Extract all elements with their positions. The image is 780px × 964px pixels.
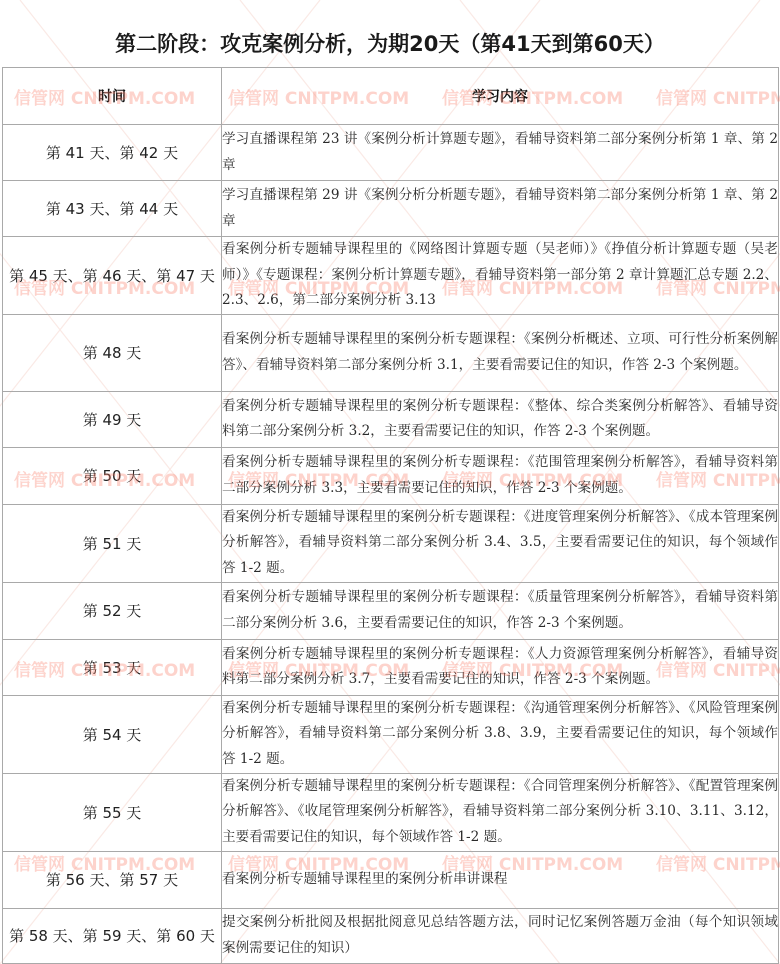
table-row: 第 50 天 看案例分析专题辅导课程里的案例分析专题课程：《范围管理案例分析解答… — [3, 447, 779, 504]
table-row: 第 48 天 看案例分析专题辅导课程里的案例分析专题课程：《案例分析概述、立项、… — [3, 314, 779, 391]
row-time: 第 56 天、第 57 天 — [3, 851, 222, 908]
row-time: 第 53 天 — [3, 639, 222, 695]
row-content: 看案例分析专题辅导课程里的案例分析专题课程：《整体、综合类案例分析解答》、看辅导… — [222, 391, 779, 447]
table-row: 第 49 天 看案例分析专题辅导课程里的案例分析专题课程：《整体、综合类案例分析… — [3, 391, 779, 447]
row-content: 看案例分析专题辅导课程里的案例分析专题课程：《合同管理案例分析解答》、《配置管理… — [222, 773, 779, 851]
table-row: 第 51 天 看案例分析专题辅导课程里的案例分析专题课程：《进度管理案例分析解答… — [3, 504, 779, 582]
row-time: 第 48 天 — [3, 314, 222, 391]
row-content: 学习直播课程第 23 讲《案例分析计算题专题》，看辅导资料第二部分案例分析第 1… — [222, 125, 779, 181]
table-row: 第 54 天 看案例分析专题辅导课程里的案例分析专题课程：《沟通管理案例分析解答… — [3, 695, 779, 773]
row-content: 看案例分析专题辅导课程里的案例分析专题课程：《案例分析概述、立项、可行性分析案例… — [222, 314, 779, 391]
row-content: 看案例分析专题辅导课程里的《网络图计算题专题（吴老师）》《挣值分析计算题专题（吴… — [222, 237, 779, 315]
table-row: 第 43 天、第 44 天 学习直播课程第 29 讲《案例分析分析题专题》，看辅… — [3, 181, 779, 237]
row-time: 第 45 天、第 46 天、第 47 天 — [3, 237, 222, 315]
row-time: 第 49 天 — [3, 391, 222, 447]
row-content: 看案例分析专题辅导课程里的案例分析专题课程：《质量管理案例分析解答》，看辅导资料… — [222, 582, 779, 639]
table-row: 第 58 天、第 59 天、第 60 天 提交案例分析批阅及根据批阅意见总结答题… — [3, 908, 779, 963]
row-content: 看案例分析专题辅导课程里的案例分析专题课程：《进度管理案例分析解答》、《成本管理… — [222, 504, 779, 582]
row-time: 第 58 天、第 59 天、第 60 天 — [3, 908, 222, 963]
table-row: 第 45 天、第 46 天、第 47 天 看案例分析专题辅导课程里的《网络图计算… — [3, 237, 779, 315]
row-content: 看案例分析专题辅导课程里的案例分析专题课程：《人力资源管理案例分析解答》，看辅导… — [222, 639, 779, 695]
row-content: 看案例分析专题辅导课程里的案例分析专题课程：《范围管理案例分析解答》，看辅导资料… — [222, 447, 779, 504]
row-content: 看案例分析专题辅导课程里的案例分析串讲课程 — [222, 851, 779, 908]
row-content: 看案例分析专题辅导课程里的案例分析专题课程：《沟通管理案例分析解答》、《风险管理… — [222, 695, 779, 773]
row-time: 第 41 天、第 42 天 — [3, 125, 222, 181]
page-title: 第二阶段：攻克案例分析，为期20天（第41天到第60天） — [0, 28, 780, 60]
study-plan-table: 时间 学习内容 第 41 天、第 42 天 学习直播课程第 23 讲《案例分析计… — [2, 67, 779, 964]
header-content: 学习内容 — [222, 68, 779, 125]
row-time: 第 52 天 — [3, 582, 222, 639]
row-content: 提交案例分析批阅及根据批阅意见总结答题方法，同时记忆案例答题万金油（每个知识领域… — [222, 908, 779, 963]
row-time: 第 55 天 — [3, 773, 222, 851]
row-time: 第 43 天、第 44 天 — [3, 181, 222, 237]
row-content: 学习直播课程第 29 讲《案例分析分析题专题》，看辅导资料第二部分案例分析第 1… — [222, 181, 779, 237]
row-time: 第 54 天 — [3, 695, 222, 773]
table-row: 第 53 天 看案例分析专题辅导课程里的案例分析专题课程：《人力资源管理案例分析… — [3, 639, 779, 695]
row-time: 第 51 天 — [3, 504, 222, 582]
header-time: 时间 — [3, 68, 222, 125]
row-time: 第 50 天 — [3, 447, 222, 504]
table-row: 第 55 天 看案例分析专题辅导课程里的案例分析专题课程：《合同管理案例分析解答… — [3, 773, 779, 851]
table-row: 第 52 天 看案例分析专题辅导课程里的案例分析专题课程：《质量管理案例分析解答… — [3, 582, 779, 639]
table-row: 第 56 天、第 57 天 看案例分析专题辅导课程里的案例分析串讲课程 — [3, 851, 779, 908]
table-header-row: 时间 学习内容 — [3, 68, 779, 125]
table-row: 第 41 天、第 42 天 学习直播课程第 23 讲《案例分析计算题专题》，看辅… — [3, 125, 779, 181]
